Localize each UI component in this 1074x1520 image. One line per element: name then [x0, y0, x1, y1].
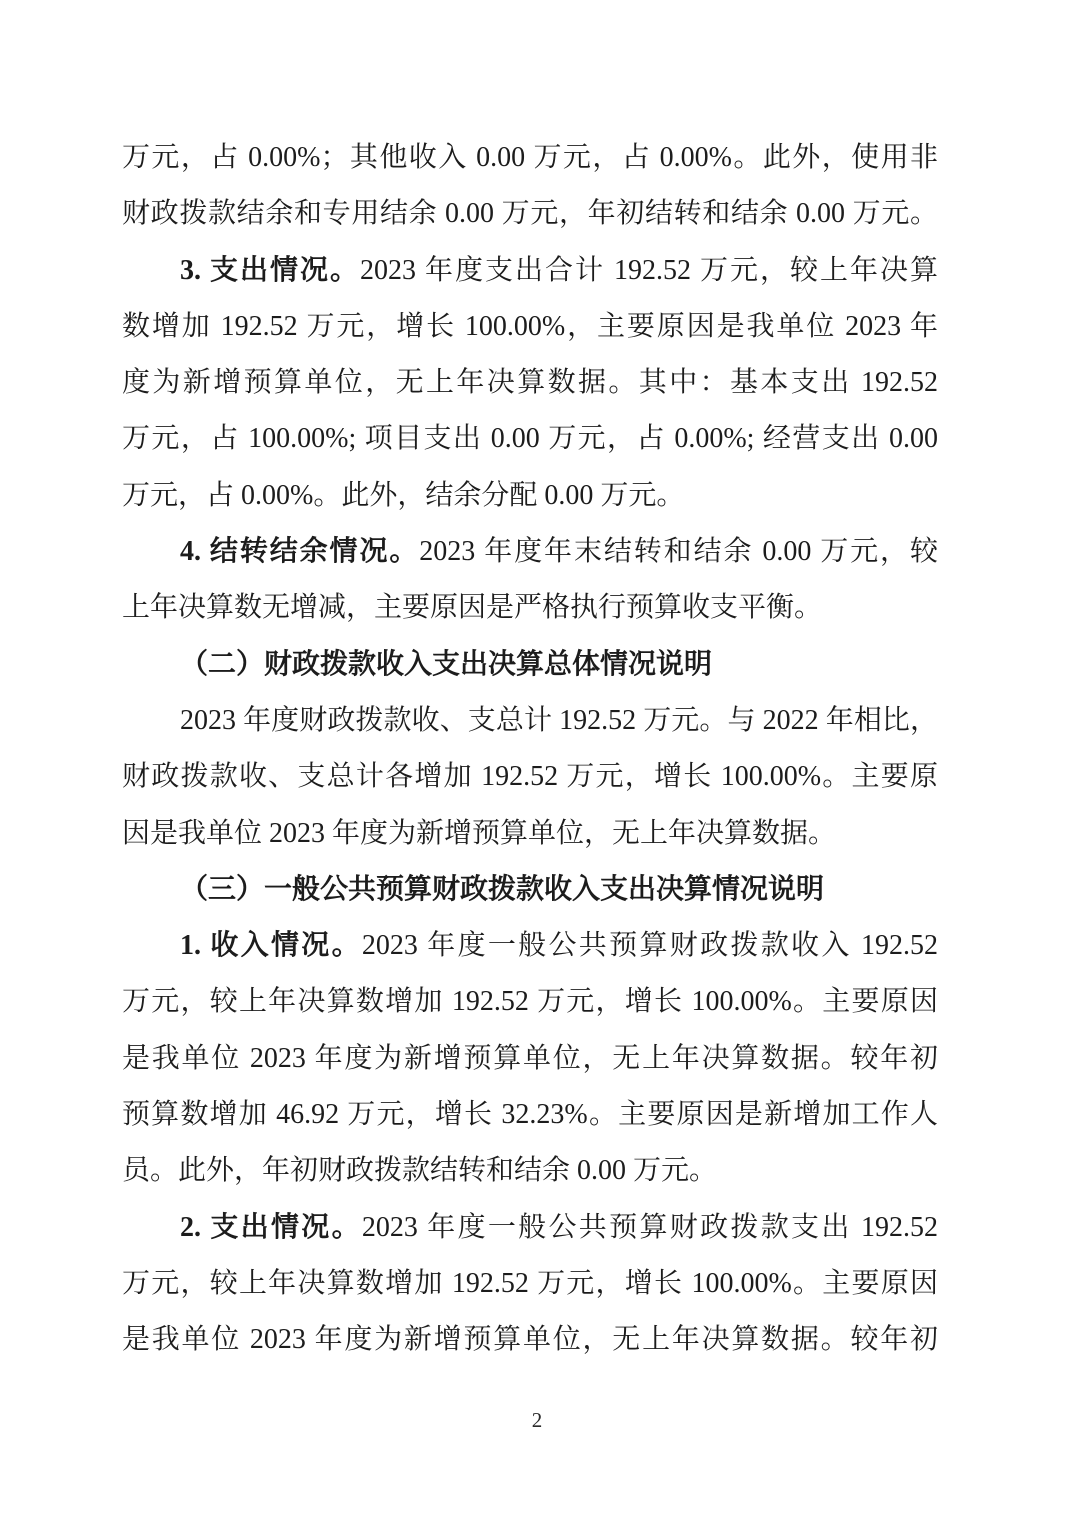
text-line: 数增加 192.52 万元，增长 100.00%，主要原因是我单位 2023 年: [122, 299, 938, 355]
text-line: 度为新增预算单位，无上年决算数据。其中：基本支出 192.52: [122, 355, 938, 411]
line-text: 上年决算数无增减，主要原因是严格执行预算收支平衡。: [122, 592, 822, 623]
text-line: 是我单位 2023 年度为新增预算单位，无上年决算数据。较年初: [122, 1031, 938, 1087]
text-line: 万元，较上年决算数增加 192.52 万元，增长 100.00%。主要原因: [122, 1256, 938, 1312]
text-line: 员。此外，年初财政拨款结转和结余 0.00 万元。: [122, 1143, 938, 1199]
line-text: 是我单位 2023 年度为新增预算单位，无上年决算数据。较年初: [122, 1324, 938, 1355]
line-text: 2023 年度财政拨款收、支总计 192.52 万元。与 2022 年相比，: [180, 705, 938, 736]
text-line: 1. 收入情况。2023 年度一般公共预算财政拨款收入 192.52: [122, 918, 938, 974]
text-line: 万元，占 0.00%。此外，结余分配 0.00 万元。: [122, 468, 938, 524]
text-line: 2. 支出情况。2023 年度一般公共预算财政拨款支出 192.52: [122, 1200, 938, 1256]
paragraph-lead: 1. 收入情况。: [180, 930, 362, 961]
text-line: 万元，占 100.00%; 项目支出 0.00 万元，占 0.00%; 经营支出…: [122, 411, 938, 467]
text-line: 2023 年度财政拨款收、支总计 192.52 万元。与 2022 年相比，: [122, 693, 938, 749]
line-text: 财政拨款收、支总计各增加 192.52 万元，增长 100.00%。主要原: [122, 761, 938, 792]
line-text: 是我单位 2023 年度为新增预算单位，无上年决算数据。较年初: [122, 1043, 938, 1074]
line-text: 财政拨款结余和专用结余 0.00 万元，年初结转和结余 0.00 万元。: [122, 198, 938, 229]
text-line: 是我单位 2023 年度为新增预算单位，无上年决算数据。较年初: [122, 1312, 938, 1368]
line-text: 万元，较上年决算数增加 192.52 万元，增长 100.00%。主要原因: [122, 1268, 938, 1299]
line-text: 2023 年度一般公共预算财政拨款支出 192.52: [362, 1212, 938, 1243]
heading-text: （三）一般公共预算财政拨款收入支出决算情况说明: [180, 874, 824, 905]
line-text: 2023 年度一般公共预算财政拨款收入 192.52: [362, 930, 938, 961]
line-text: 数增加 192.52 万元，增长 100.00%，主要原因是我单位 2023 年: [122, 311, 938, 342]
section-heading: （三）一般公共预算财政拨款收入支出决算情况说明: [122, 862, 938, 918]
text-line: 财政拨款结余和专用结余 0.00 万元，年初结转和结余 0.00 万元。: [122, 186, 938, 242]
page-footer: 2: [0, 1408, 1074, 1433]
paragraph-lead: 2. 支出情况。: [180, 1212, 362, 1243]
text-line: 万元，占 0.00%；其他收入 0.00 万元，占 0.00%。此外，使用非: [122, 130, 938, 186]
line-text: 万元，占 100.00%; 项目支出 0.00 万元，占 0.00%; 经营支出…: [122, 423, 938, 454]
paragraph-lead: 3. 支出情况。: [180, 255, 360, 286]
line-text: 因是我单位 2023 年度为新增预算单位，无上年决算数据。: [122, 818, 836, 849]
document-body: 万元，占 0.00%；其他收入 0.00 万元，占 0.00%。此外，使用非财政…: [122, 130, 938, 1369]
paragraph-lead: 4. 结转结余情况。: [180, 536, 419, 567]
line-text: 度为新增预算单位，无上年决算数据。其中：基本支出 192.52: [122, 367, 938, 398]
text-line: 3. 支出情况。2023 年度支出合计 192.52 万元，较上年决算: [122, 243, 938, 299]
page-number: 2: [532, 1408, 543, 1432]
text-line: 上年决算数无增减，主要原因是严格执行预算收支平衡。: [122, 580, 938, 636]
document-page: 万元，占 0.00%；其他收入 0.00 万元，占 0.00%。此外，使用非财政…: [0, 0, 1074, 1520]
line-text: 2023 年度年末结转和结余 0.00 万元，较: [419, 536, 938, 567]
line-text: 2023 年度支出合计 192.52 万元，较上年决算: [360, 255, 938, 286]
section-heading: （二）财政拨款收入支出决算总体情况说明: [122, 637, 938, 693]
heading-text: （二）财政拨款收入支出决算总体情况说明: [180, 649, 712, 680]
text-line: 因是我单位 2023 年度为新增预算单位，无上年决算数据。: [122, 806, 938, 862]
line-text: 员。此外，年初财政拨款结转和结余 0.00 万元。: [122, 1155, 717, 1186]
line-text: 预算数增加 46.92 万元，增长 32.23%。主要原因是新增加工作人: [122, 1099, 938, 1130]
line-text: 万元，占 0.00%；其他收入 0.00 万元，占 0.00%。此外，使用非: [122, 142, 938, 173]
text-line: 万元，较上年决算数增加 192.52 万元，增长 100.00%。主要原因: [122, 974, 938, 1030]
text-line: 预算数增加 46.92 万元，增长 32.23%。主要原因是新增加工作人: [122, 1087, 938, 1143]
line-text: 万元，较上年决算数增加 192.52 万元，增长 100.00%。主要原因: [122, 986, 938, 1017]
text-line: 4. 结转结余情况。2023 年度年末结转和结余 0.00 万元，较: [122, 524, 938, 580]
line-text: 万元，占 0.00%。此外，结余分配 0.00 万元。: [122, 480, 684, 511]
text-line: 财政拨款收、支总计各增加 192.52 万元，增长 100.00%。主要原: [122, 749, 938, 805]
